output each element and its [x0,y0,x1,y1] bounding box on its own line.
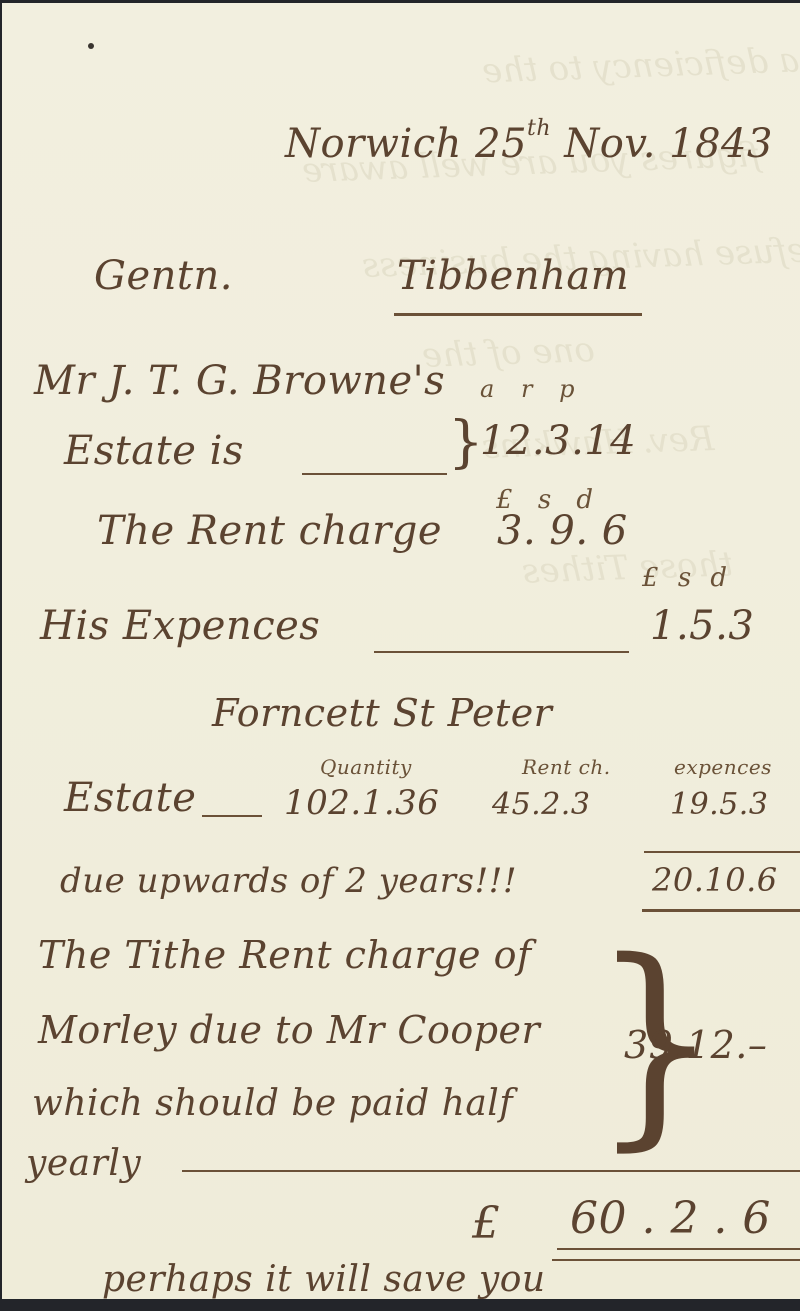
unit-labels-arp: a r p [480,375,575,403]
rent-charge-value: 3. 9. 6 [497,508,628,554]
ink-spot [88,43,94,49]
year: 1843 [669,121,773,167]
month: Nov. [564,121,656,167]
bleed-through-text: one of the [421,330,595,376]
parish-heading-1: Tibbenham [397,253,629,299]
tithe-line-4: yearly [26,1143,141,1184]
estate-expences-value: 19.5.3 [670,787,768,822]
underline [394,313,642,316]
day: 25 [475,121,527,167]
salutation: Gentn. [94,253,233,299]
tithe-value: 39.12.– [624,1023,767,1067]
expenses-label: His Expences [40,603,320,649]
estate-label: Estate is [64,428,244,474]
due-note: due upwards of 2 years!!! [60,861,517,901]
column-header-rent: Rent ch. [522,755,611,779]
tithe-line-2: Morley due to Mr Cooper [38,1008,540,1052]
column-header-quantity: Quantity [320,755,412,779]
estate-rent-value: 45.2.3 [492,787,590,822]
double-rule-1 [557,1248,800,1250]
total-currency: £ [472,1198,501,1249]
estate-row-label: Estate [64,775,196,821]
place: Norwich [285,121,462,167]
estate-quantity-value: 102.1.36 [284,783,439,823]
parish-heading-2: Forncett St Peter [212,691,552,735]
day-suffix: th [527,116,551,141]
column-header-expences: expences [674,755,772,779]
rent-charge-label: The Rent charge [97,508,442,554]
tithe-line-3: which should be paid half [32,1083,513,1124]
brace: } [448,415,484,471]
date-line: Norwich 25th Nov. 1843 [285,121,773,167]
expenses-value: 1.5.3 [650,603,754,649]
leader-line [302,473,447,475]
estate-quantity: 12.3.14 [480,418,636,464]
subtotal: 20.10.6 [652,861,778,899]
double-rule-2 [552,1259,800,1261]
owner-line: Mr J. T. G. Browne's [34,358,445,404]
sum-rule-bottom [642,909,800,912]
bleed-through-text: ectations a deficiency to the [481,35,800,92]
tithe-line-1: The Tithe Rent charge of [38,933,532,977]
closing-line: perhaps it will save you [102,1259,546,1299]
leader-line [202,815,262,817]
leader-line [374,651,629,653]
unit-labels-lsd-2: £ s d [642,563,728,593]
manuscript-page: ectations a deficiency to the figures yo… [2,3,800,1299]
total-value: 60 . 2 . 6 [570,1193,771,1244]
sum-rule-top [644,851,800,853]
